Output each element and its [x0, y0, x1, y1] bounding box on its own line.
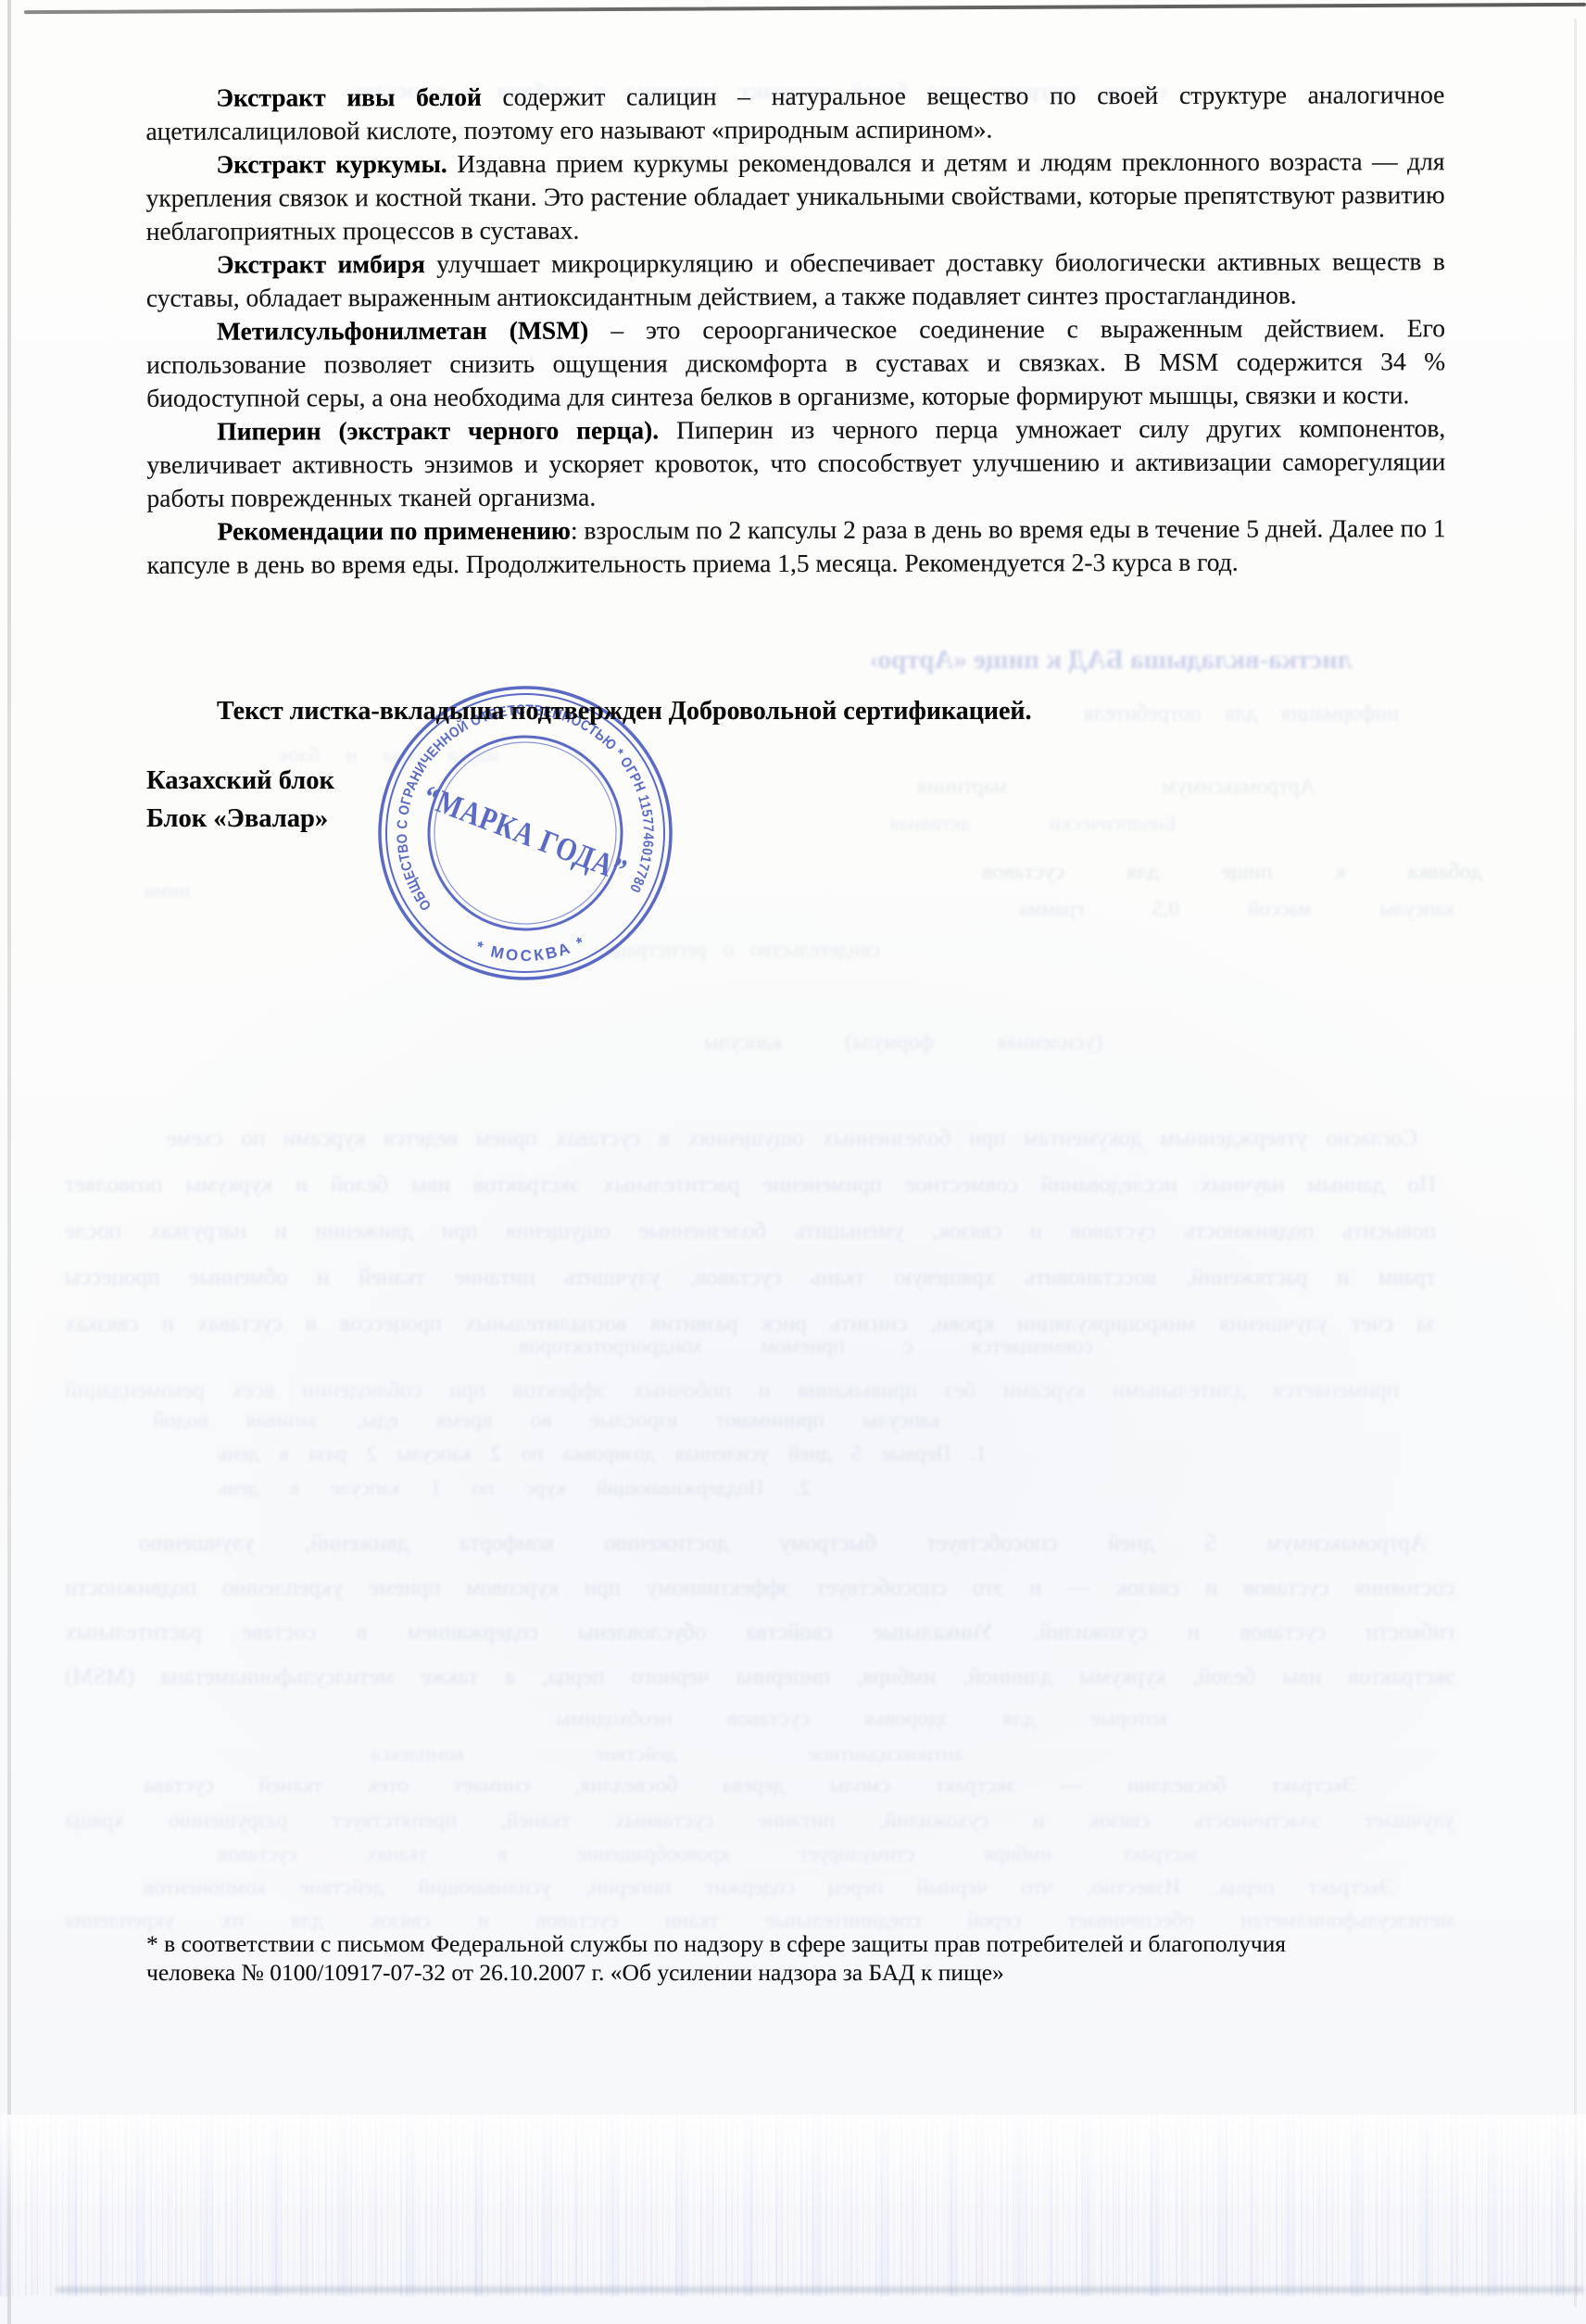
scan-right-edge: [1574, 19, 1577, 2307]
paragraph-lead: Экстракт имбиря: [217, 249, 425, 279]
paragraph-lead: Рекомендации по применению: [218, 516, 571, 546]
footnote: * в соответствии с письмом Федеральной с…: [146, 1929, 1453, 1987]
bleedthrough-line-2: листка-вкладыша БАД к пище «Артро»: [871, 645, 1353, 678]
company-stamp-seal: ОБЩЕСТВО С ОГРАНИЧЕННОЙ ОТВЕТСТВЕННОСТЬЮ…: [358, 665, 693, 1001]
paragraph-lead: Метилсульфонилметан (MSM): [217, 316, 588, 346]
bleedthrough-line-6: Биологически активная: [889, 812, 1177, 839]
scan-left-edge: [7, 0, 11, 2324]
stamp-city-text: * МОСКВА *: [472, 932, 590, 968]
scan-top-edge: [24, 3, 1586, 14]
paragraph-4: Метилсульфонилметан (MSM) – это сероорга…: [146, 311, 1445, 415]
paragraph-lead: Пиперин (экстракт черного перца).: [217, 415, 659, 445]
certification-line: Текст листка-вкладыша подтвержден Добров…: [146, 697, 1445, 726]
scan-streak-band: [0, 2115, 1586, 2296]
scanned-leaflet-page: состав экстракт ивы белой экстракт курку…: [0, 0, 1586, 2324]
leaflet-paragraphs: Экстракт ивы белой содержит салицин – на…: [145, 78, 1445, 582]
paragraph-lead: Экстракт куркумы.: [216, 149, 447, 179]
paragraph-6: Рекомендации по применению: взрослым по …: [147, 512, 1446, 582]
paper-wash: [0, 880, 1586, 2039]
paragraph-1: Экстракт ивы белой содержит салицин – на…: [145, 78, 1444, 148]
scan-bottom-smudge: [56, 2287, 1584, 2292]
stamp-center-text: “МАРКА ГОДА”: [419, 778, 633, 890]
footnote-line-1: * в соответствии с письмом Федеральной с…: [146, 1929, 1453, 1958]
paragraph-3: Экстракт имбиря улучшает микроциркуляцию…: [146, 245, 1445, 315]
paragraph-2: Экстракт куркумы. Издавна прием куркумы …: [145, 145, 1444, 248]
bleedthrough-line-5: Артромаксимум мартиния: [917, 775, 1315, 802]
footnote-line-2: человека № 0100/10917-07-32 от 26.10.200…: [146, 1958, 1453, 1987]
paragraph-lead: Экстракт ивы белой: [216, 82, 482, 112]
paragraph-5: Пиперин (экстракт черного перца). Пипери…: [146, 411, 1445, 515]
